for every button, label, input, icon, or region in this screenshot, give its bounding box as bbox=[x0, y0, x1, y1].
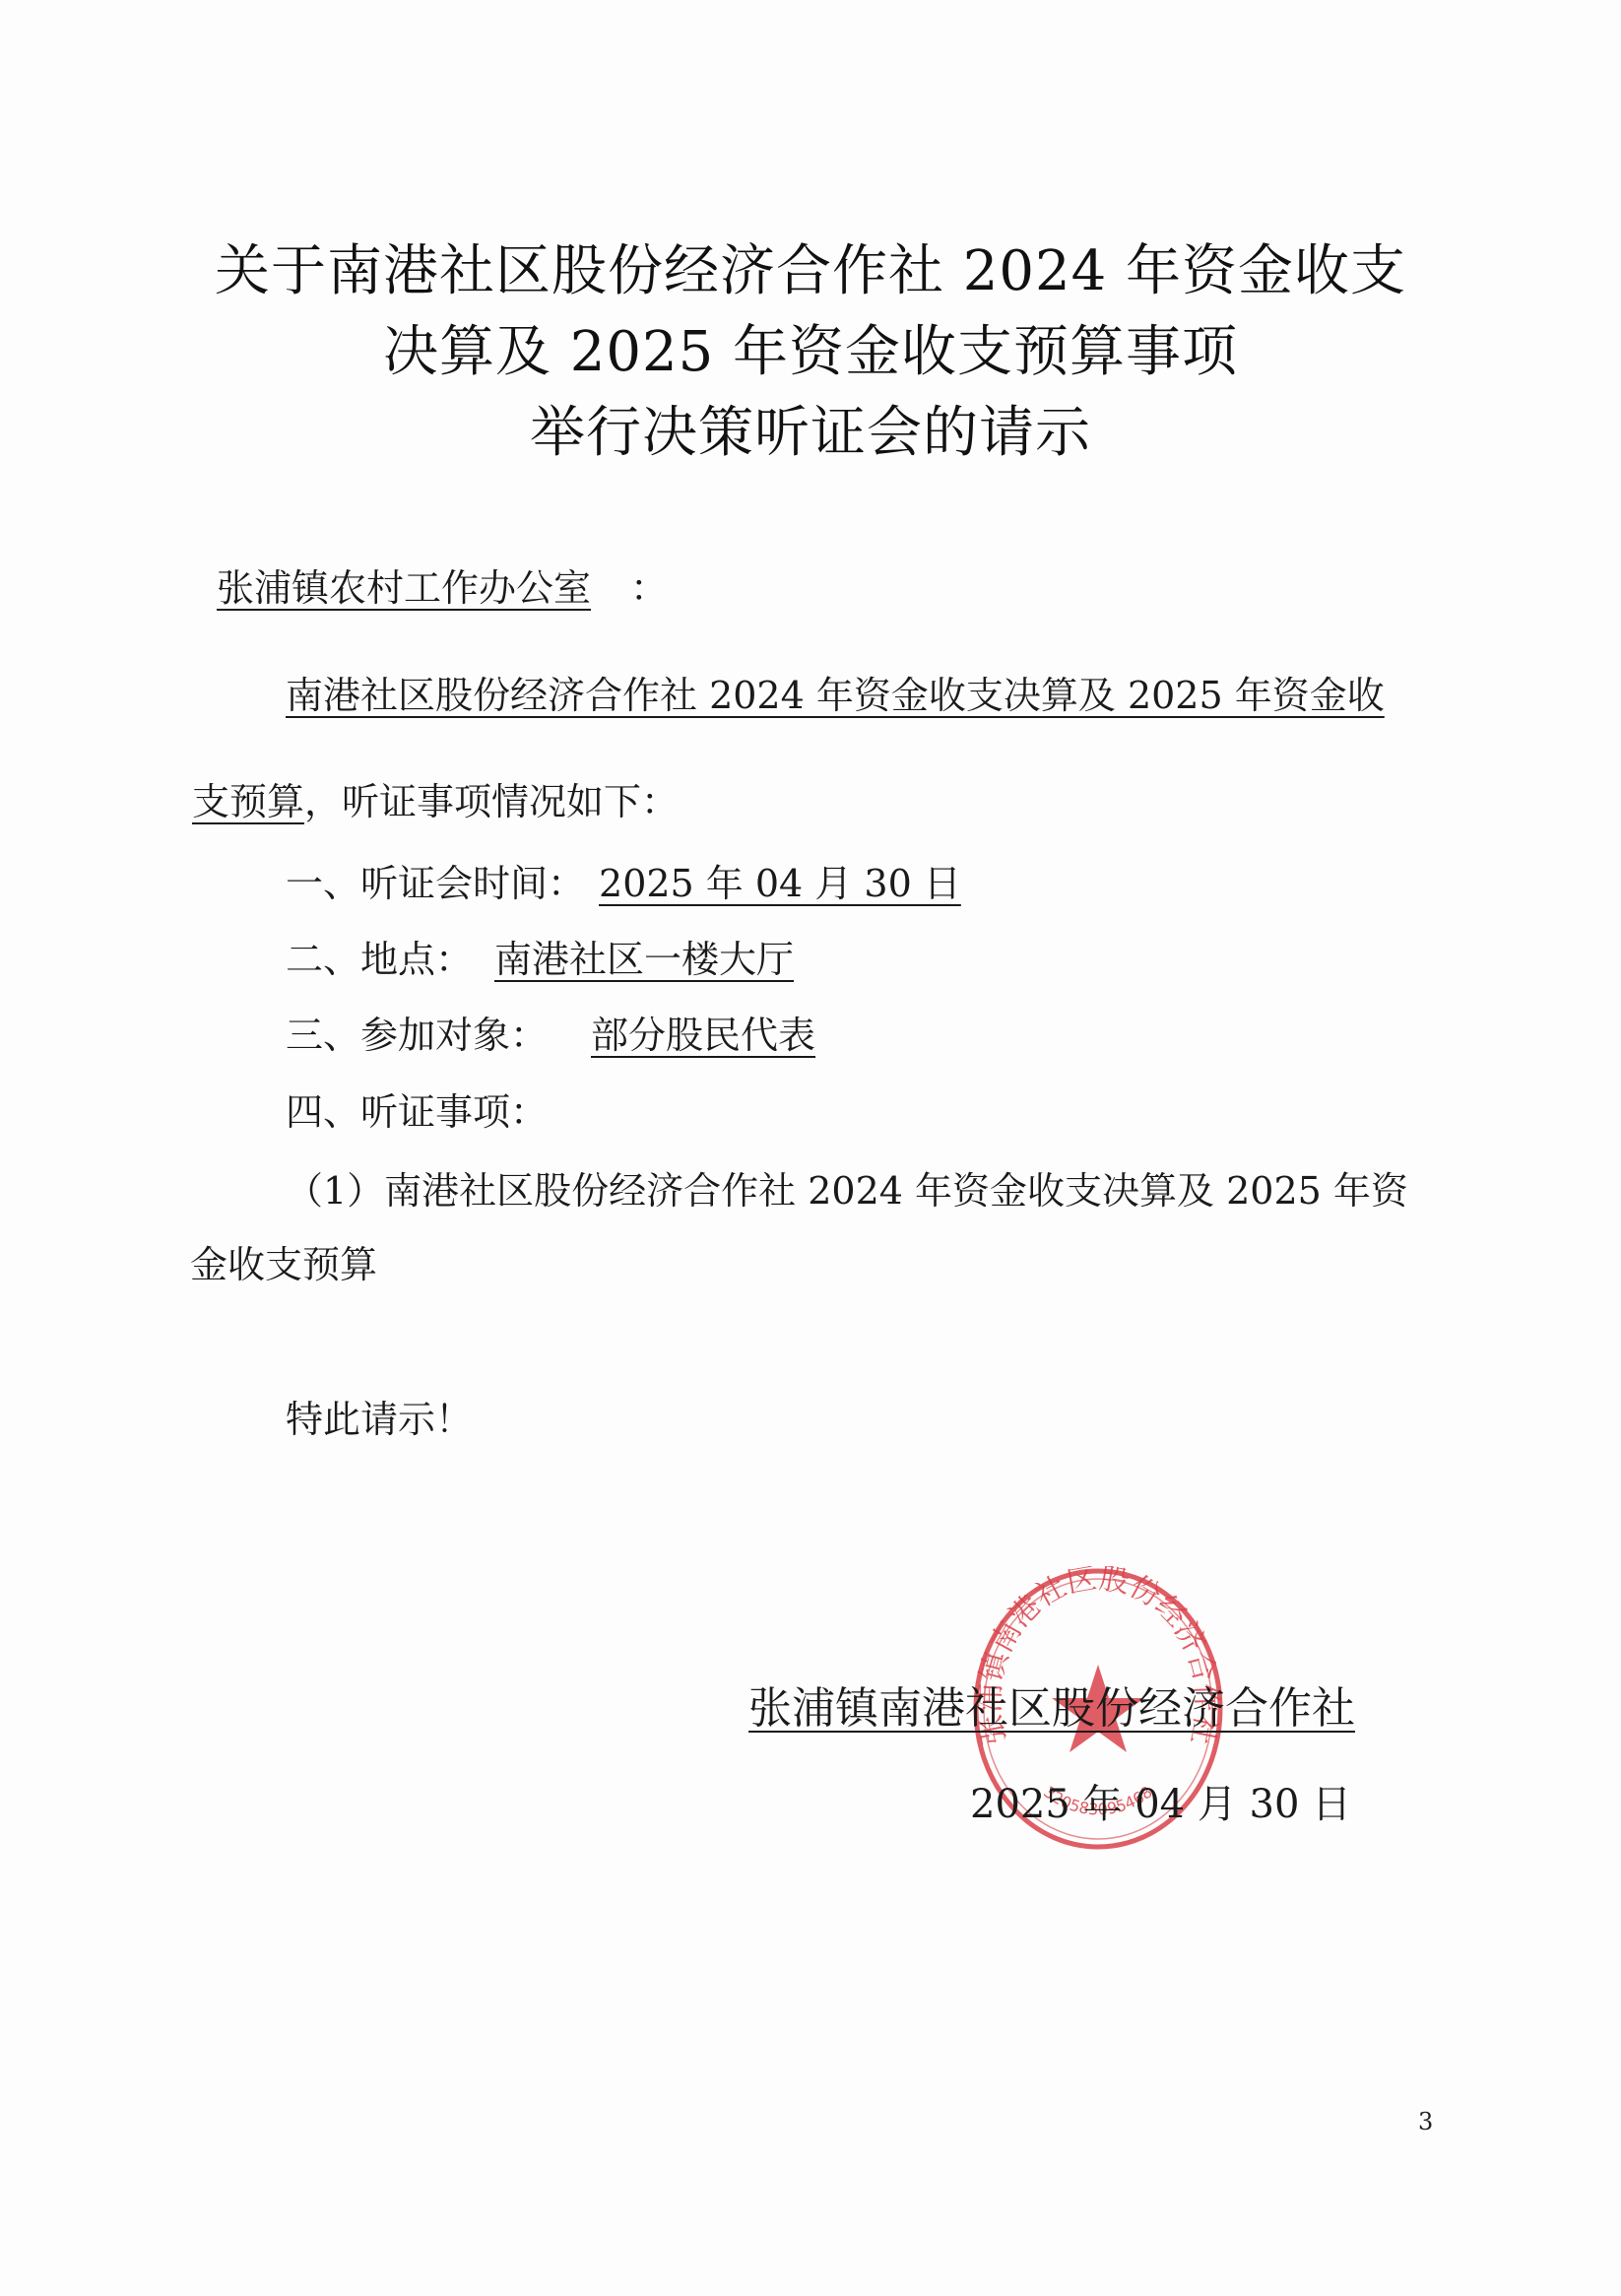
intro-subject: 南港社区股份经济合作社 2024 年资金收支决算及 2025 年资金收 bbox=[286, 674, 1385, 717]
item-participants-label: 三、参加对象： bbox=[286, 1014, 548, 1057]
intro-line-1: 南港社区股份经济合作社 2024 年资金收支决算及 2025 年资金收 bbox=[286, 677, 1385, 714]
title-line-3: 举行决策听证会的请示 bbox=[0, 406, 1621, 461]
title-line-2: 决算及 2025 年资金收支预算事项 bbox=[0, 325, 1621, 380]
signature-line: 张浦镇南港社区股份经济合作社 bbox=[748, 1687, 1355, 1731]
item-time-label: 一、听证会时间： bbox=[286, 862, 585, 905]
sub-item-line-2: 金收支预算 bbox=[190, 1246, 377, 1283]
addressee-colon: ： bbox=[630, 566, 668, 610]
item-location-value: 南港社区一楼大厅 bbox=[494, 938, 794, 981]
item-location-label: 二、地点： bbox=[286, 938, 473, 981]
item-participants-value: 部分股民代表 bbox=[548, 1014, 815, 1057]
document-page: 关于南港社区股份经济合作社 2024 年资金收支 决算及 2025 年资金收支预… bbox=[0, 0, 1621, 2296]
intro-subject-end: 支预算 bbox=[192, 780, 304, 823]
item-matters-label: 四、听证事项： bbox=[286, 1090, 548, 1134]
page-number: 3 bbox=[1418, 2108, 1433, 2135]
item-time-value: 2025 年 04 月 30 日 bbox=[585, 862, 961, 905]
item-location: 二、地点：南港社区一楼大厅 bbox=[286, 941, 794, 978]
signature-date: 2025 年 04 月 30 日 bbox=[970, 1785, 1351, 1824]
item-matters: 四、听证事项： bbox=[286, 1093, 548, 1131]
addressee-line: 张浦镇农村工作办公室： bbox=[195, 569, 668, 607]
title-line-1: 关于南港社区股份经济合作社 2024 年资金收支 bbox=[0, 244, 1621, 299]
item-time: 一、听证会时间：2025 年 04 月 30 日 bbox=[286, 865, 961, 902]
sub-item-line-1: （1）南港社区股份经济合作社 2024 年资金收支决算及 2025 年资 bbox=[286, 1172, 1408, 1210]
signature-org: 张浦镇南港社区股份经济合作社 bbox=[748, 1683, 1355, 1734]
intro-line-2: 支预算，听证事项情况如下： bbox=[192, 783, 679, 820]
addressee: 张浦镇农村工作办公室 bbox=[195, 566, 630, 610]
item-participants: 三、参加对象：部分股民代表 bbox=[286, 1017, 815, 1054]
intro-rest: ，听证事项情况如下： bbox=[304, 780, 679, 823]
closing-text: 特此请示！ bbox=[286, 1401, 473, 1438]
